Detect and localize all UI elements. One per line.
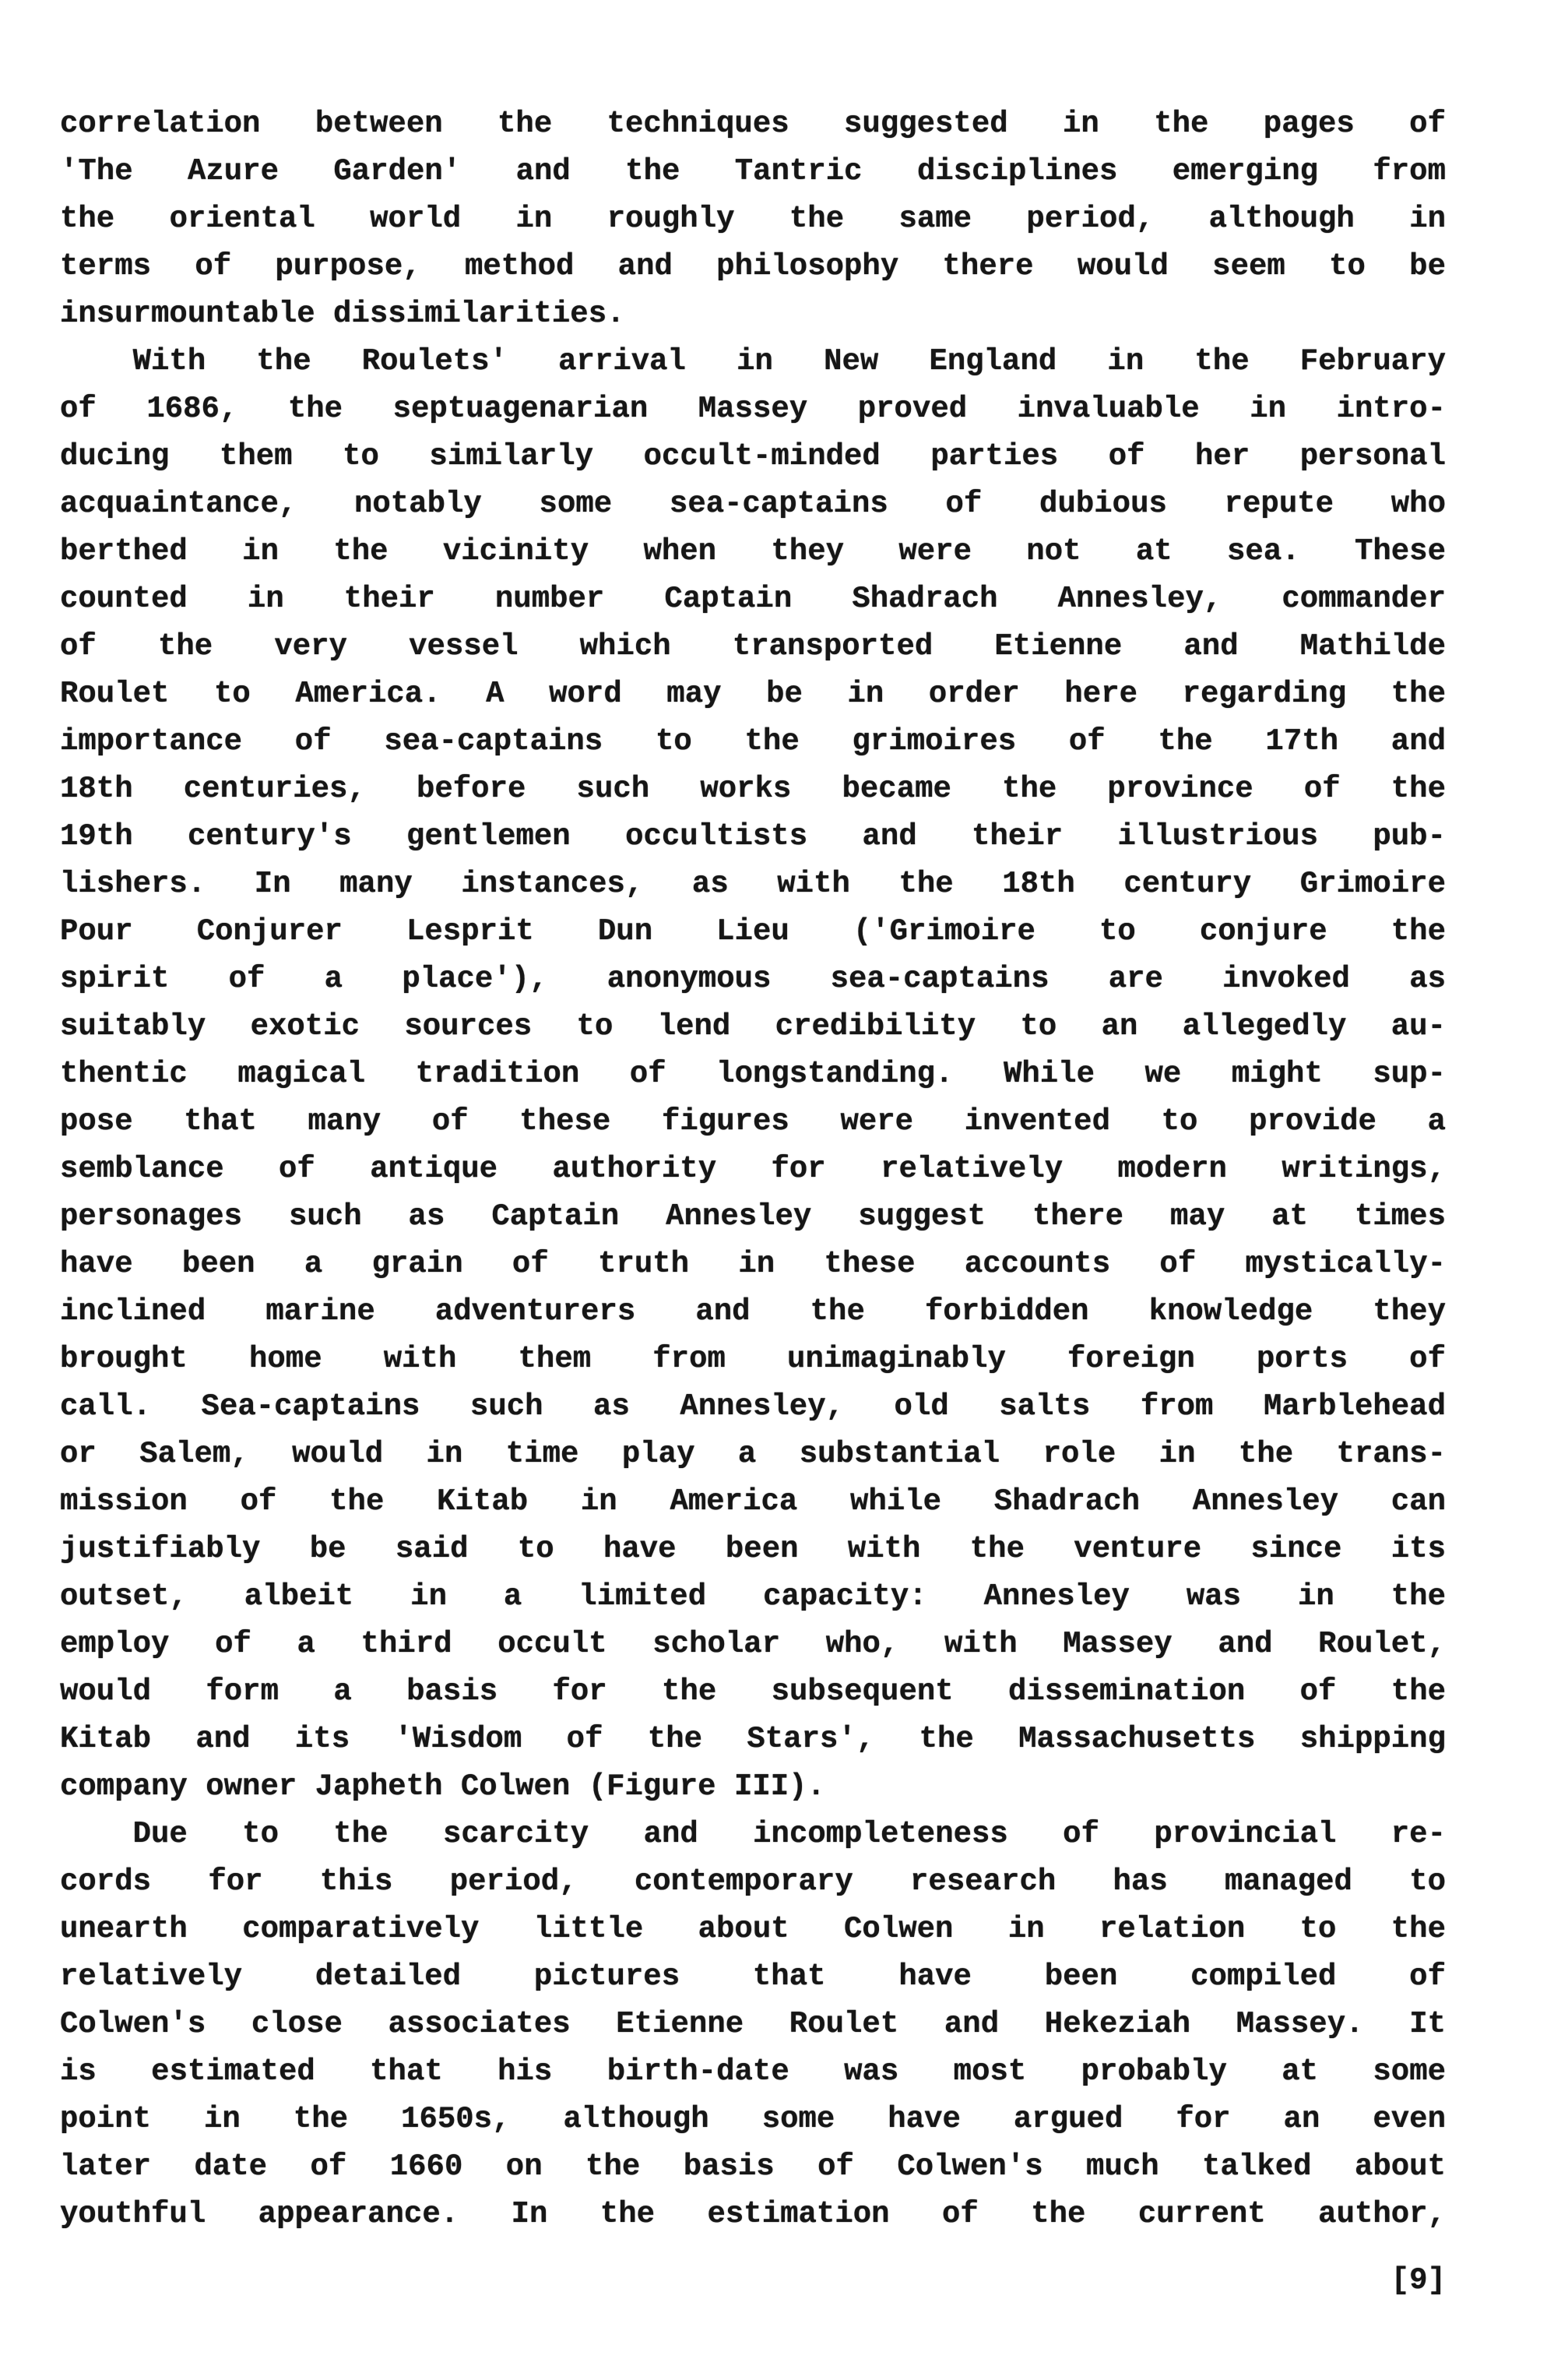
text-line: 'The Azure Garden' and the Tantric disci… <box>60 148 1446 195</box>
text-line: company owner Japheth Colwen (Figure III… <box>60 1763 1446 1811</box>
text-line: brought home with them from unimaginably… <box>60 1336 1446 1383</box>
text-line: suitably exotic sources to lend credibil… <box>60 1003 1446 1051</box>
text-line: employ of a third occult scholar who, wi… <box>60 1621 1446 1668</box>
text-line: cords for this period, contemporary rese… <box>60 1858 1446 1906</box>
text-line: youthful appearance. In the estimation o… <box>60 2191 1446 2238</box>
text-line: mission of the Kitab in America while Sh… <box>60 1478 1446 1526</box>
text-line: 18th centuries, before such works became… <box>60 766 1446 813</box>
text-line: point in the 1650s, although some have a… <box>60 2096 1446 2143</box>
text-line: semblance of antique authority for relat… <box>60 1146 1446 1193</box>
text-line: berthed in the vicinity when they were n… <box>60 528 1446 576</box>
text-line: of the very vessel which transported Eti… <box>60 623 1446 671</box>
text-line: spirit of a place'), anonymous sea-capta… <box>60 956 1446 1003</box>
text-line: inclined marine adventurers and the forb… <box>60 1288 1446 1336</box>
text-line: the oriental world in roughly the same p… <box>60 195 1446 243</box>
text-line: unearth comparatively little about Colwe… <box>60 1906 1446 1953</box>
text-line: Due to the scarcity and incompleteness o… <box>60 1811 1446 1858</box>
text-line: Pour Conjurer Lesprit Dun Lieu ('Grimoir… <box>60 908 1446 956</box>
text-line: lishers. In many instances, as with the … <box>60 861 1446 908</box>
text-line: have been a grain of truth in these acco… <box>60 1241 1446 1288</box>
book-page: correlation between the techniques sugge… <box>0 0 1547 2380</box>
text-line: Colwen's close associates Etienne Roulet… <box>60 2001 1446 2048</box>
text-line: outset, albeit in a limited capacity: An… <box>60 1573 1446 1621</box>
text-line: of 1686, the septuagenarian Massey prove… <box>60 386 1446 433</box>
text-line: pose that many of these figures were inv… <box>60 1098 1446 1146</box>
text-line: terms of purpose, method and philosophy … <box>60 243 1446 290</box>
text-line: 19th century's gentlemen occultists and … <box>60 813 1446 861</box>
text-line: justifiably be said to have been with th… <box>60 1526 1446 1573</box>
text-line: relatively detailed pictures that have b… <box>60 1953 1446 2001</box>
text-block: correlation between the techniques sugge… <box>60 0 1446 2238</box>
text-line: importance of sea-captains to the grimoi… <box>60 718 1446 766</box>
text-line: thentic magical tradition of longstandin… <box>60 1051 1446 1098</box>
text-line: would form a basis for the subsequent di… <box>60 1668 1446 1716</box>
text-line: personages such as Captain Annesley sugg… <box>60 1193 1446 1241</box>
text-line: With the Roulets' arrival in New England… <box>60 338 1446 386</box>
text-line: is estimated that his birth-date was mos… <box>60 2048 1446 2096</box>
text-line: ducing them to similarly occult-minded p… <box>60 433 1446 481</box>
text-line: later date of 1660 on the basis of Colwe… <box>60 2143 1446 2191</box>
text-line: Kitab and its 'Wisdom of the Stars', the… <box>60 1716 1446 1763</box>
text-line: correlation between the techniques sugge… <box>60 100 1446 148</box>
text-line: acquaintance, notably some sea-captains … <box>60 481 1446 528</box>
text-line: call. Sea-captains such as Annesley, old… <box>60 1383 1446 1431</box>
text-line: or Salem, would in time play a substanti… <box>60 1431 1446 1478</box>
page-number: [9] <box>60 2257 1446 2304</box>
text-line: Roulet to America. A word may be in orde… <box>60 671 1446 718</box>
text-line: counted in their number Captain Shadrach… <box>60 576 1446 623</box>
text-line: insurmountable dissimilarities. <box>60 290 1446 338</box>
